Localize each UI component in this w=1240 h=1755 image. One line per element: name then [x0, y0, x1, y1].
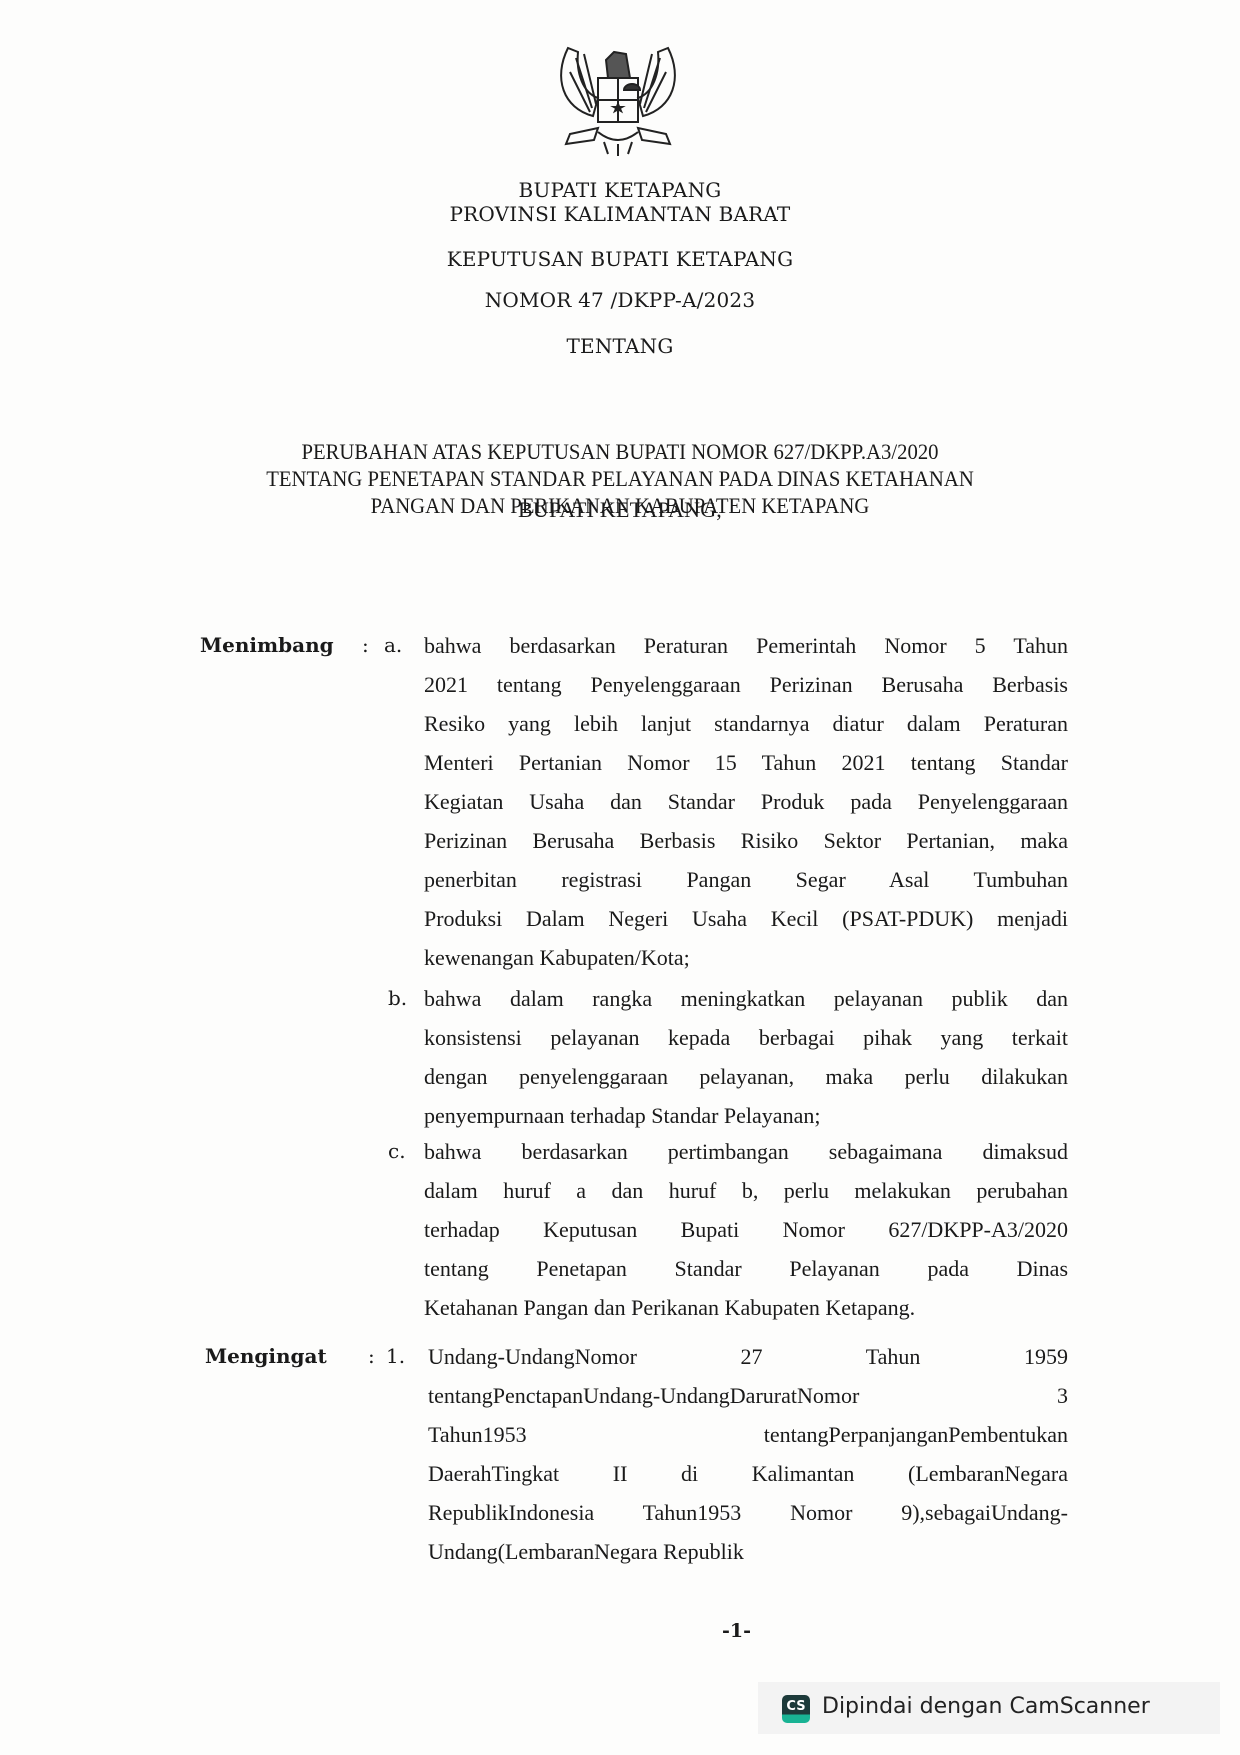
text-line: dengan penyelenggaraan pelayanan, maka p…: [424, 1057, 1068, 1096]
subject-line: TENTANG PENETAPAN STANDAR PELAYANAN PADA…: [234, 465, 1007, 492]
mengingat-label: Mengingat: [205, 1344, 327, 1368]
text-line: Undang-UndangNomor 27 Tahun 1959: [428, 1337, 1068, 1376]
text-line: Ketahanan Pangan dan Perikanan Kabupaten…: [424, 1288, 1068, 1327]
menimbang-item-a: bahwa berdasarkan Peraturan Pemerintah N…: [424, 626, 1068, 977]
camscanner-logo-icon: CS: [782, 1695, 810, 1723]
regent-title: BUPATI KETAPANG: [0, 178, 1240, 202]
text-line: Menteri Pertanian Nomor 15 Tahun 2021 te…: [424, 743, 1068, 782]
text-line: bahwa berdasarkan pertimbangan sebagaima…: [424, 1132, 1068, 1171]
menimbang-label: Menimbang: [200, 633, 334, 657]
menimbang-item-b: bahwa dalam rangka meningkatkan pelayana…: [424, 979, 1068, 1135]
decree-title: KEPUTUSAN BUPATI KETAPANG: [0, 247, 1240, 271]
text-line: Tahun1953 tentangPerpanjanganPembentukan: [428, 1415, 1068, 1454]
text-line: penyempurnaan terhadap Standar Pelayanan…: [424, 1096, 1068, 1135]
text-line: terhadap Keputusan Bupati Nomor 627/DKPP…: [424, 1210, 1068, 1249]
text-line: Perizinan Berusaha Berbasis Risiko Sekto…: [424, 821, 1068, 860]
province-title: PROVINSI KALIMANTAN BARAT: [0, 202, 1240, 226]
about-heading: TENTANG: [0, 334, 1240, 358]
text-line: DaerahTingkat II di Kalimantan (Lembaran…: [428, 1454, 1068, 1493]
text-line: penerbitan registrasi Pangan Segar Asal …: [424, 860, 1068, 899]
text-line: Kegiatan Usaha dan Standar Produk pada P…: [424, 782, 1068, 821]
text-line: dalam huruf a dan huruf b, perlu melakuk…: [424, 1171, 1068, 1210]
text-line: bahwa berdasarkan Peraturan Pemerintah N…: [424, 626, 1068, 665]
garuda-emblem-icon: [548, 38, 688, 160]
mengingat-colon: :: [368, 1344, 375, 1368]
item-marker: a.: [384, 633, 402, 657]
mengingat-item-1: Undang-UndangNomor 27 Tahun 1959 tentang…: [428, 1337, 1068, 1571]
text-line: Undang(LembaranNegara Republik: [428, 1532, 1068, 1571]
menimbang-colon: :: [362, 633, 369, 657]
item-marker: b.: [388, 986, 407, 1010]
text-line: 2021 tentang Penyelenggaraan Perizinan B…: [424, 665, 1068, 704]
camscanner-watermark: CS Dipindai dengan CamScanner: [758, 1682, 1220, 1734]
text-line: konsistensi pelayanan kepada berbagai pi…: [424, 1018, 1068, 1057]
text-line: Produksi Dalam Negeri Usaha Kecil (PSAT-…: [424, 899, 1068, 938]
text-line: bahwa dalam rangka meningkatkan pelayana…: [424, 979, 1068, 1018]
text-line: kewenangan Kabupaten/Kota;: [424, 938, 1068, 977]
page-number: -1-: [722, 1620, 751, 1642]
text-line: tentang Penetapan Standar Pelayanan pada…: [424, 1249, 1068, 1288]
issuer-heading: BUPATI KETAPANG,: [0, 497, 1240, 523]
item-marker: 1.: [386, 1344, 405, 1368]
text-line: RepublikIndonesia Tahun1953 Nomor 9),seb…: [428, 1493, 1068, 1532]
text-line: Resiko yang lebih lanjut standarnya diat…: [424, 704, 1068, 743]
camscanner-text: Dipindai dengan CamScanner: [822, 1694, 1150, 1719]
menimbang-item-c: bahwa berdasarkan pertimbangan sebagaima…: [424, 1132, 1068, 1327]
decree-number: NOMOR 47 /DKPP-A/2023: [0, 288, 1240, 312]
subject-line: PERUBAHAN ATAS KEPUTUSAN BUPATI NOMOR 62…: [234, 438, 1007, 465]
item-marker: c.: [388, 1139, 406, 1163]
text-line: tentangPenctapanUndang-UndangDaruratNomo…: [428, 1376, 1068, 1415]
